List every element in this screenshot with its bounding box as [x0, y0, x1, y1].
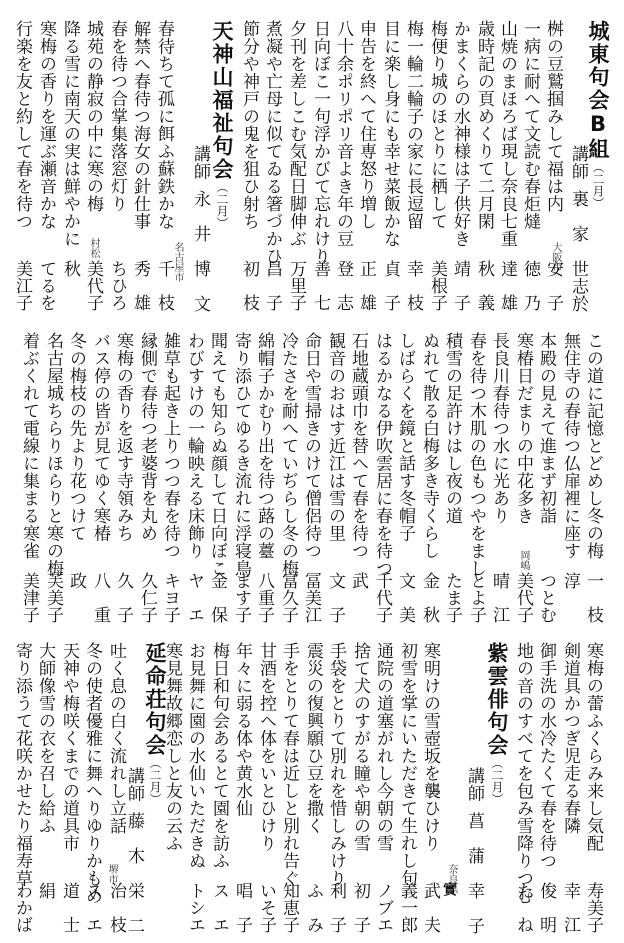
haiku-text: 雑草も起き上りつつ春を待つ	[160, 332, 180, 560]
haiku-author: 武	[348, 572, 368, 589]
lecturer-role: 講師	[190, 145, 210, 180]
haiku-author: ます子	[231, 572, 251, 623]
haiku-author: 金 秋	[419, 572, 439, 623]
haiku-text: 春を待つ木肌の色もつやをまし	[466, 332, 486, 577]
haiku-author: 貞 子	[380, 260, 400, 311]
haiku-text: 地の音のすべてを包み雪降りつむ	[513, 642, 533, 905]
haiku-author: 達 雄	[497, 260, 517, 311]
haiku-author: ス エ	[209, 882, 229, 933]
haiku-text: 寄り添ひてゆるき流れに浮寝鳥	[231, 332, 251, 577]
haiku-author: ヤ エ	[184, 572, 204, 623]
haiku-author: 治 枝	[106, 882, 126, 933]
haiku-author: 寿美子	[583, 882, 603, 933]
haiku-author: 美江子	[12, 260, 32, 311]
haiku-text: 着ぶくれて電線に集まる寒雀	[19, 332, 39, 560]
lecturer: 講師藤 木 栄 二	[124, 767, 144, 935]
group-month: （二月）	[148, 757, 162, 805]
lecturer-name: 菖 蒲 幸 子	[464, 812, 484, 935]
haiku-author: てるを	[36, 260, 56, 311]
haiku-author: とよ子	[466, 572, 486, 623]
haiku-text: 無住寺の春待つ仏扉裡に座す	[560, 332, 580, 560]
group-month: （二月）	[591, 161, 605, 209]
haiku-author: 文 子	[325, 572, 345, 623]
haiku-author: 徳 乃	[520, 260, 540, 311]
haiku-author: キヨ子	[160, 572, 180, 623]
band-bottom: 寒梅の蕾ふくらみ来し気配寿美子剣道具かつぎ児走る春隣幸 江御手洗の水冷たくて春を…	[0, 642, 624, 932]
group-title: 城東句会B組（二月）	[586, 20, 610, 209]
haiku-author: 美代子	[513, 572, 533, 623]
haiku-text: 観音のおはす近江は雪の里	[325, 332, 345, 542]
haiku-author: 正 雄	[356, 260, 376, 311]
haiku-author: ふ み	[303, 882, 323, 933]
haiku-author: 初 枝	[239, 260, 259, 311]
haiku-author: 武 夫	[420, 882, 440, 933]
haiku-author: 文 美	[395, 572, 415, 623]
haiku-text: 石地蔵頭巾を替へて春を待つ	[348, 332, 368, 560]
haiku-author: 政	[66, 572, 86, 589]
haiku-author: 幸 江	[560, 882, 580, 933]
haiku-text: 節分や神戸の鬼を狙ひ射ち	[239, 20, 259, 230]
lecturer-name: 藤 木 栄 二	[124, 812, 144, 935]
haiku-text: 剣道具かつぎ児走る春隣	[560, 642, 580, 835]
haiku-author: 義一郎	[397, 882, 417, 933]
haiku-author: つとむ	[536, 572, 556, 623]
haiku-text: ぬれて散る白梅多き寺くらし	[419, 332, 439, 560]
haiku-text: 申告を終へて住専怒り増し	[356, 20, 376, 230]
seal-mark: 實	[439, 882, 459, 897]
haiku-author: 幸 枝	[403, 260, 423, 311]
haiku-text: かまくらの水神様は子供好き	[450, 20, 470, 248]
haiku-text: 寒椿日だまりの中花多き	[513, 332, 533, 525]
haiku-author: 登 志	[333, 260, 353, 311]
haiku-author: 安 子	[543, 260, 563, 311]
haiku-author: 善 七	[310, 260, 330, 311]
haiku-text: この道に記憶とどめし冬の梅	[583, 332, 603, 560]
haiku-text: 天神や梅咲くまでの道具市	[59, 642, 79, 852]
haiku-text: 寒梅の香りを運ぶ瀬音かな	[36, 20, 56, 230]
haiku-text: 行楽を友と約して春を待つ	[12, 20, 32, 230]
haiku-text: 長良川春待つ水に光あり	[489, 332, 509, 525]
haiku-author: 富久子	[278, 572, 298, 623]
haiku-author: 美代子	[83, 260, 103, 311]
haiku-text: 聞えても知らぬ顔して日向ぼこ	[207, 332, 227, 577]
haiku-author: 淳	[560, 572, 580, 589]
group-name: 天神山福祉句会	[210, 20, 234, 181]
lecturer: 講師菖 蒲 幸 子	[464, 767, 484, 935]
haiku-text: 煮凝や亡母に似てゐる箸づかひ	[262, 20, 282, 265]
haiku-text: 吐く息の白く流れし立話	[106, 642, 126, 835]
haiku-author: 知恵子	[279, 882, 299, 933]
lecturer-city: 堺市	[106, 864, 117, 884]
group-month: （二月）	[490, 757, 504, 805]
haiku-text: 一病に耐へて文読む春炬燵	[520, 20, 540, 230]
haiku-text: 積雪の足許けはし夜の道	[442, 332, 462, 525]
haiku-text: 甘酒を控へ体をいとひけり	[256, 642, 276, 852]
author-locality: 村松	[88, 238, 99, 258]
haiku-author: 久 子	[113, 572, 133, 623]
lecturer-role: 講師	[464, 767, 484, 802]
group-name: 紫雲俳句会	[485, 642, 509, 757]
haiku-author: 千代子	[372, 572, 392, 623]
haiku-text: 御手洗の水冷たくて春を待つ	[536, 642, 556, 870]
haiku-author: 絹	[35, 882, 55, 899]
haiku-author: 千 枝	[154, 260, 174, 311]
haiku-text: 綿帽子かむり出を待つ蕗の薹	[254, 332, 274, 560]
haiku-text: 梅便り城のほとりに栖して	[427, 20, 447, 230]
haiku-text: 梅日和句会あるとて園を訪ふ	[209, 642, 229, 870]
haiku-text: 八十余ポリポリ音よき年の豆	[333, 20, 353, 248]
haiku-author: 八 重	[90, 572, 110, 623]
haiku-text: 手袋をとりて別れを惜しみけり	[326, 642, 346, 887]
haiku-text: 捨て犬のすがる瞳や朝の雪	[350, 642, 370, 852]
haiku-author: 美津子	[19, 572, 39, 623]
haiku-author: 秀 雄	[130, 260, 150, 311]
haiku-text: 寒明けの雪壺坂を襲ひけり	[420, 642, 440, 852]
group-name: 延命荘句会	[143, 642, 167, 757]
lecturer-role: 講師	[568, 145, 588, 180]
haiku-text: 縁側で春待つ老婆背を丸め	[137, 332, 157, 542]
lecturer: 講師永 井 博 文	[190, 145, 210, 313]
haiku-author: 一 枝	[583, 572, 603, 623]
haiku-author: 靖 子	[450, 260, 470, 311]
haiku-text: 梅一輪二輪子の家に長逗留	[403, 20, 423, 230]
haiku-text: 本殿の見えて進まず初詣	[536, 332, 556, 525]
haiku-text: 日向ぼこ一句浮かびて忘れけり	[310, 20, 330, 265]
haiku-text: 寒梅の香りを返す寺領みち	[113, 332, 133, 542]
haiku-author: 昌 子	[262, 260, 282, 311]
haiku-author: ちひろ	[107, 260, 127, 311]
haiku-text: 春を待つ合掌集落窓灯り	[107, 20, 127, 213]
haiku-text: 目に楽し身にも幸せ菜飯かな	[380, 20, 400, 248]
haiku-text: 冷たさを耐へていぢらし冬の梅	[278, 332, 298, 577]
haiku-text: 降る雪に南天の実は鮮やかに	[60, 20, 80, 248]
haiku-text: 城苑の静寂の中に寒の梅	[83, 20, 103, 213]
group-title: 延命荘句会（二月）	[143, 642, 167, 805]
haiku-author: 初 子	[350, 882, 370, 933]
haiku-text: 冬の梅枝の先より花つけて	[66, 332, 86, 542]
haiku-text: 夕刊を差しこむ気配日脚伸ぶ	[286, 20, 306, 248]
haiku-author: 金 保	[207, 572, 227, 623]
haiku-author: 芙美子	[43, 572, 63, 623]
haiku-author: 八重子	[254, 572, 274, 623]
haiku-author: 道 士	[59, 882, 79, 933]
band-top: 城東句会B組（二月）講師裏 家 世志於大阪市桝の豆鷲掴みして福は内安 子一病に耐…	[0, 20, 624, 310]
haiku-author: 美根子	[427, 260, 447, 311]
haiku-author: いそ子	[256, 882, 276, 933]
haiku-text: 手をとりて春は近しと別れ告ぐ	[279, 642, 299, 887]
haiku-author: わかば	[12, 882, 32, 933]
haiku-author: た ね	[513, 882, 533, 933]
haiku-text: バス停の皆が見てゆく寒椿	[90, 332, 110, 542]
haiku-author: 久仁子	[137, 572, 157, 623]
group-month: （二月）	[215, 181, 229, 229]
lecturer-role: 講師	[124, 767, 144, 802]
haiku-author: 俊 明	[536, 882, 556, 933]
author-locality: 岡嶋	[518, 550, 529, 570]
haiku-text: 寄り添うて花咲かせたり福寿草	[12, 642, 32, 887]
haiku-text: 桝の豆鷲掴みして福は内	[543, 20, 563, 213]
haiku-author: トシエ	[185, 882, 205, 933]
haiku-text: お見舞に園の水仙いただきぬ	[185, 642, 205, 870]
haiku-author: 唱 子	[232, 882, 252, 933]
haiku-author: 万里子	[286, 260, 306, 311]
haiku-author: ノブエ	[373, 882, 393, 933]
haiku-text: 通院の道塞がれし今朝の雪	[373, 642, 393, 852]
haiku-author: 秋 義	[474, 260, 494, 311]
haiku-text: しばらくを鏡と話す冬帽子	[395, 332, 415, 542]
haiku-text: 冬の使者優雅に舞へりゆりかもめ	[82, 642, 102, 905]
haiku-author: 冨美江	[301, 572, 321, 623]
lecturer-name: 永 井 博 文	[190, 190, 210, 313]
band-middle: この道に記憶とどめし冬の梅一 枝無住寺の春待つ仏扉裡に座す淳本殿の見えて進まず初…	[0, 332, 624, 622]
haiku-text: 大師像雪の衣を召し給ふ	[35, 642, 55, 835]
haiku-text: 歳時記の頁めくりて二月閑	[474, 20, 494, 230]
haiku-text: 春待ちて孤に餌ふ蘇鉄かな	[154, 20, 174, 230]
haiku-text: 寒梅の蕾ふくらみ来し気配	[583, 642, 603, 852]
lecturer: 講師裏 家 世志於	[568, 145, 588, 313]
haiku-author: 秋	[60, 260, 80, 277]
haiku-author: 利 子	[326, 882, 346, 933]
haiku-text: 名古屋城ちらりほらりと寒の梅	[43, 332, 63, 577]
group-title: 天神山福祉句会（二月）	[210, 20, 234, 229]
group-name: 城東句会B組	[586, 20, 610, 161]
haiku-text: 山焼のまほろば現し奈良七重	[497, 20, 517, 248]
haiku-text: はるかなる伊吹雲居に春を待つ	[372, 332, 392, 577]
haiku-text: 命日や雪掃きのけて僧侶待つ	[301, 332, 321, 560]
haiku-text: 震災の復興願ひ豆を撒く	[303, 642, 323, 835]
lecturer-name: 裏 家 世志於	[568, 190, 588, 313]
haiku-author: 晴 江	[489, 572, 509, 623]
group-title: 紫雲俳句会（二月）	[485, 642, 509, 805]
haiku-text: 年々に弱る体や黄水仙	[232, 642, 252, 817]
haiku-text: 初雪を掌にいただきて生れし句	[397, 642, 417, 887]
haiku-author: たま子	[442, 572, 462, 623]
haiku-author: ス エ	[82, 882, 102, 933]
haiku-text: わびすけの一輪映える床飾り	[184, 332, 204, 560]
haiku-text: 解禁へ春待つ海女の針仕事	[130, 20, 150, 230]
